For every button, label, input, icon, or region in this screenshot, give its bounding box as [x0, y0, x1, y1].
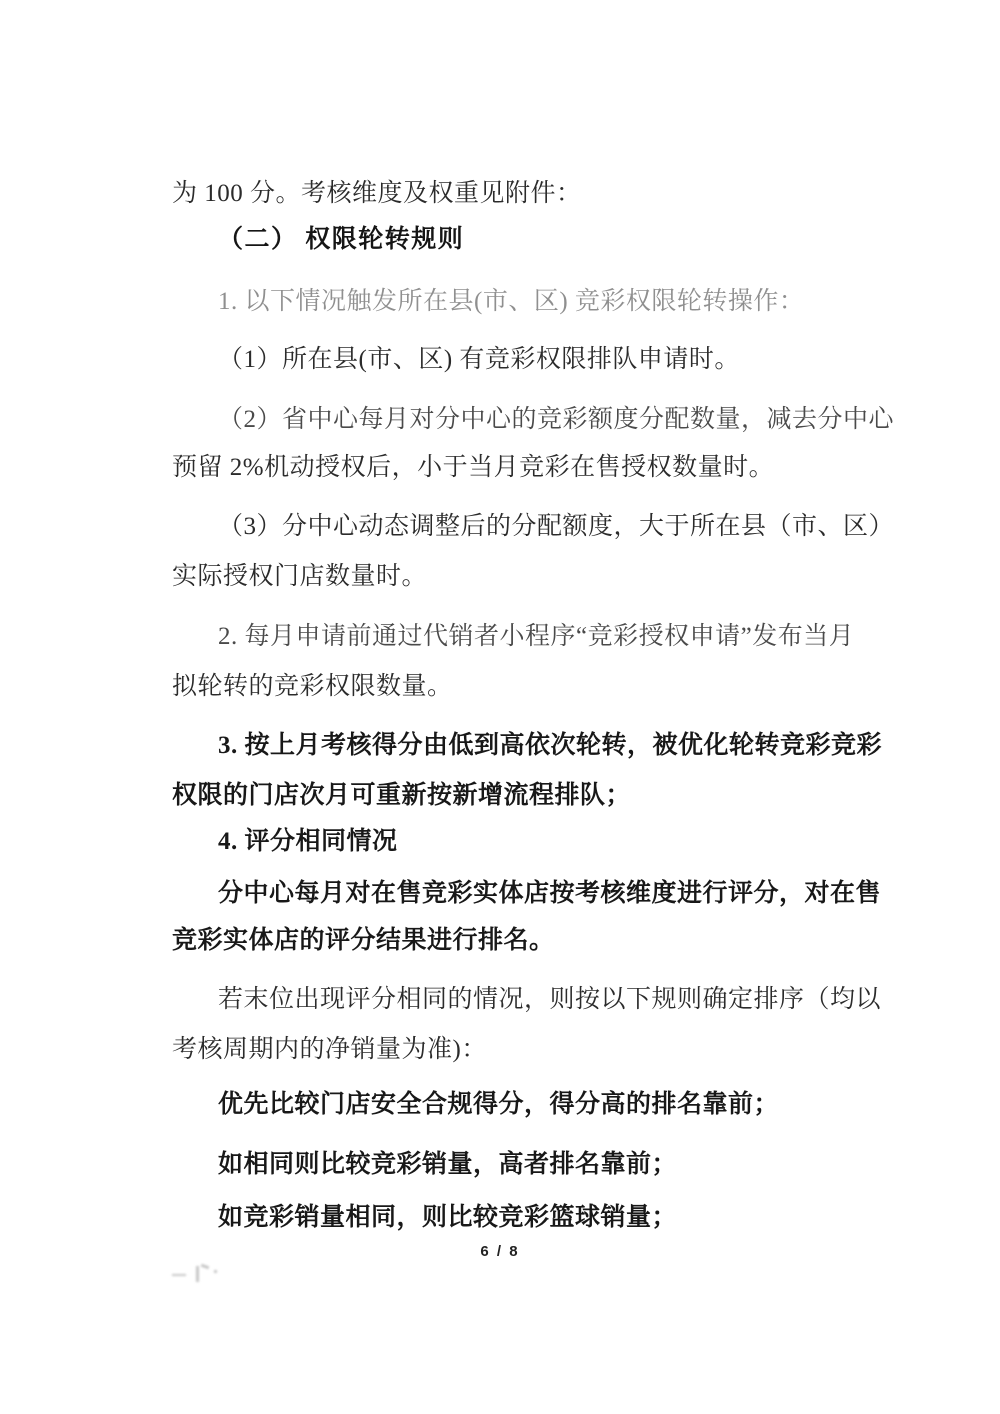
- doc-line: 若末位出现评分相同的情况，则按以下规则确定排序（均以: [218, 984, 881, 1016]
- doc-line: 分中心每月对在售竞彩实体店按考核维度进行评分，对在售: [218, 878, 881, 910]
- page-number: 6 / 8: [0, 1243, 1000, 1260]
- document-page: 为 100 分。考核维度及权重见附件： （二） 权限轮转规则 1. 以下情况触发…: [0, 0, 1000, 1414]
- doc-line: （3）分中心动态调整后的分配额度，大于所在县（市、区）: [218, 511, 894, 543]
- doc-line: 权限的门店次月可重新按新增流程排队；: [172, 780, 631, 812]
- doc-line: 3. 按上月考核得分由低到高依次轮转，被优化轮转竞彩竞彩: [218, 730, 882, 762]
- doc-line: 4. 评分相同情况: [218, 826, 398, 858]
- doc-line: （2）省中心每月对分中心的竞彩额度分配数量，减去分中心: [218, 404, 894, 436]
- doc-line: （1）所在县(市、区) 有竞彩权限排队申请时。: [218, 344, 740, 376]
- doc-line: 实际授权门店数量时。: [172, 561, 427, 593]
- doc-line: 优先比较门店安全合规得分，得分高的排名靠前；: [218, 1089, 779, 1121]
- doc-line: 如竞彩销量相同，则比较竞彩篮球销量；: [218, 1202, 677, 1234]
- doc-line: 竞彩实体店的评分结果进行排名。: [172, 925, 555, 957]
- doc-line: 预留 2%机动授权后，小于当月竞彩在售授权数量时。: [172, 452, 774, 484]
- scan-smudge-artifact: [170, 1262, 222, 1288]
- section-heading: （二） 权限轮转规则: [218, 224, 464, 256]
- doc-line: 如相同则比较竞彩销量，高者排名靠前；: [218, 1149, 677, 1181]
- doc-line: 考核周期内的净销量为准)：: [172, 1034, 487, 1066]
- doc-line: 1. 以下情况触发所在县(市、区) 竞彩权限轮转操作：: [218, 286, 804, 318]
- doc-line: 拟轮转的竞彩权限数量。: [172, 671, 453, 703]
- doc-line: 2. 每月申请前通过代销者小程序“竞彩授权申请”发布当月: [218, 621, 854, 653]
- doc-line: 为 100 分。考核维度及权重见附件：: [172, 178, 582, 210]
